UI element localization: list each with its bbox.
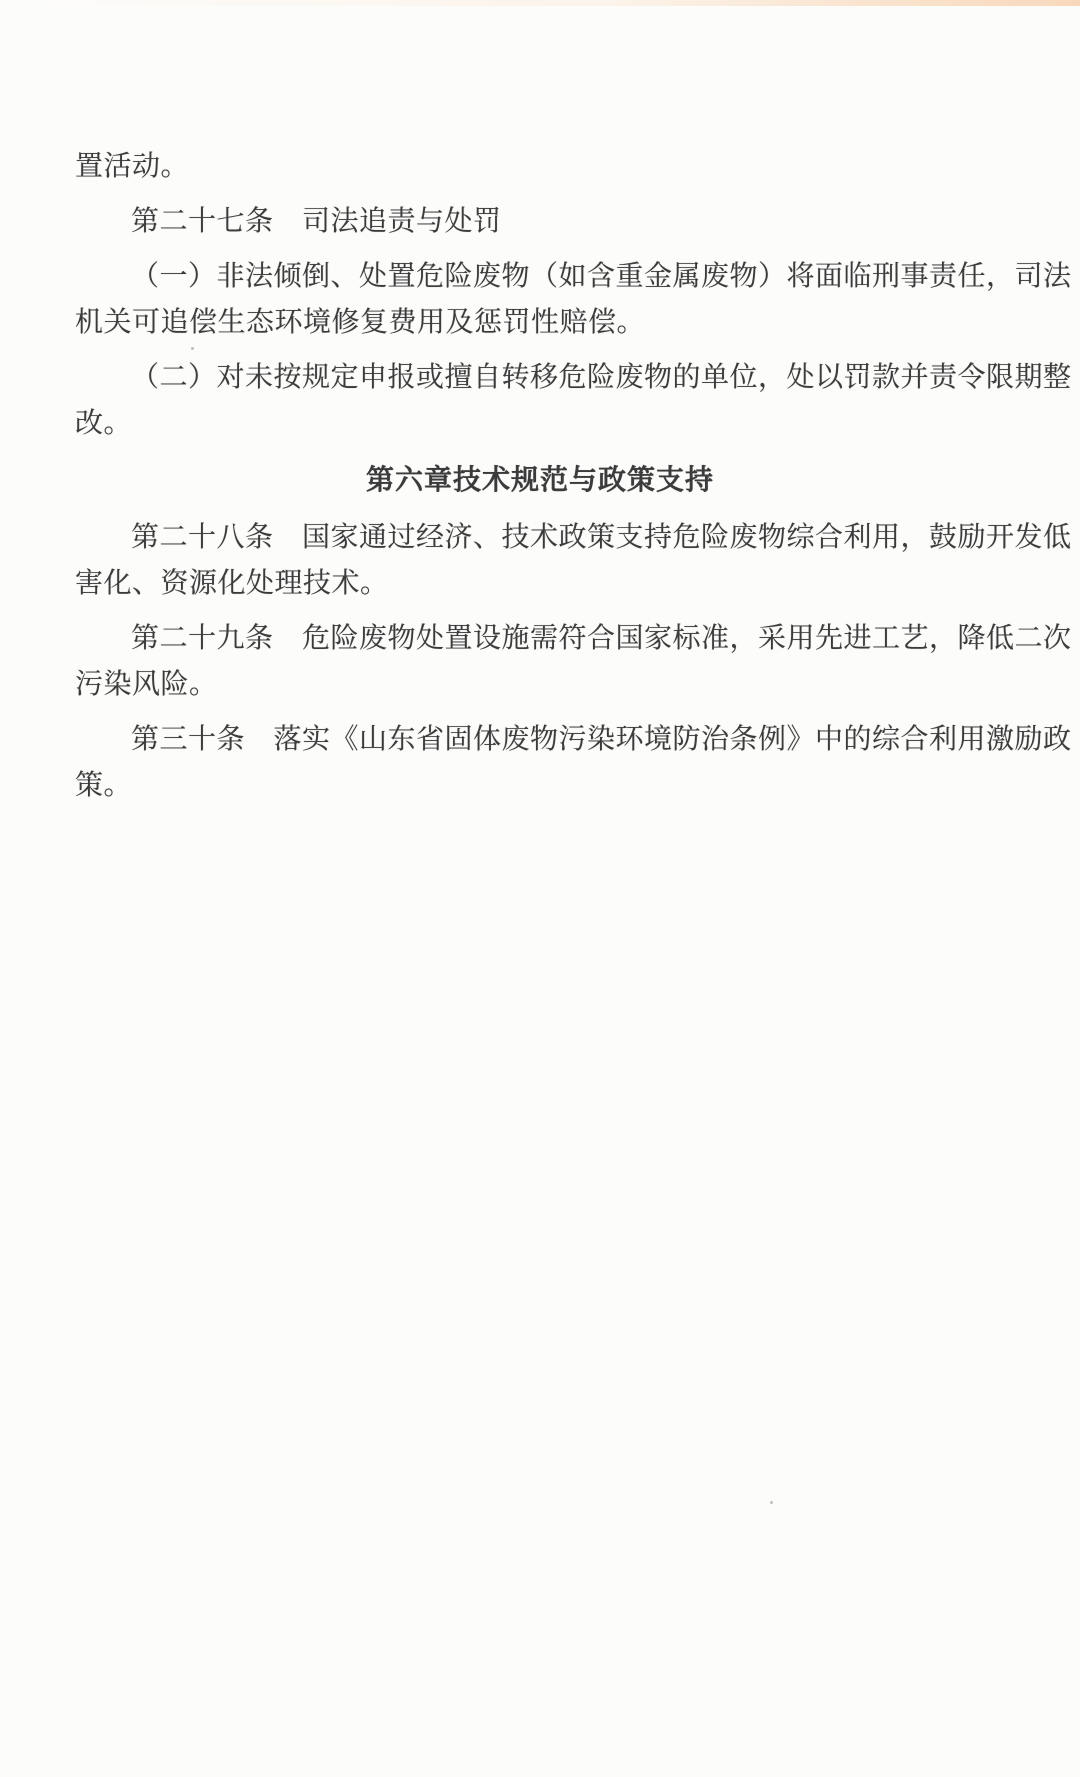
text-line: 第二十八条 国家通过经济、技术政策支持危险废物综合利用，鼓励开发低: [75, 515, 1005, 561]
text-line: 置活动。: [75, 144, 1005, 190]
text-line: 策。: [75, 763, 1005, 809]
text-line: 第二十九条 危险废物处置设施需符合国家标准，采用先进工艺，降低二次: [75, 616, 1005, 662]
scanned-document-page: 置活动。第二十七条 司法追责与处罚（一）非法倾倒、处置危险废物（如含重金属废物）…: [0, 0, 1080, 1777]
text-line: （二）对未按规定申报或擅自转移危险废物的单位，处以罚款并责令限期整: [75, 355, 1005, 401]
text-line: 机关可追偿生态环境修复费用及惩罚性赔偿。: [75, 300, 1005, 346]
document-text-body: 置活动。第二十七条 司法追责与处罚（一）非法倾倒、处置危险废物（如含重金属废物）…: [75, 0, 1005, 809]
text-line: （一）非法倾倒、处置危险废物（如含重金属废物）将面临刑事责任，司法: [75, 254, 1005, 300]
text-line: 污染风险。: [75, 662, 1005, 708]
text-line: 第三十条 落实《山东省固体废物污染环境防治条例》中的综合利用激励政: [75, 717, 1005, 763]
chapter-heading: 第六章技术规范与政策支持: [75, 458, 1005, 504]
dust-speck: [770, 1501, 773, 1504]
text-line: 第二十七条 司法追责与处罚: [75, 199, 1005, 245]
text-line: 害化、资源化处理技术。: [75, 561, 1005, 607]
text-line: 改。: [75, 401, 1005, 447]
